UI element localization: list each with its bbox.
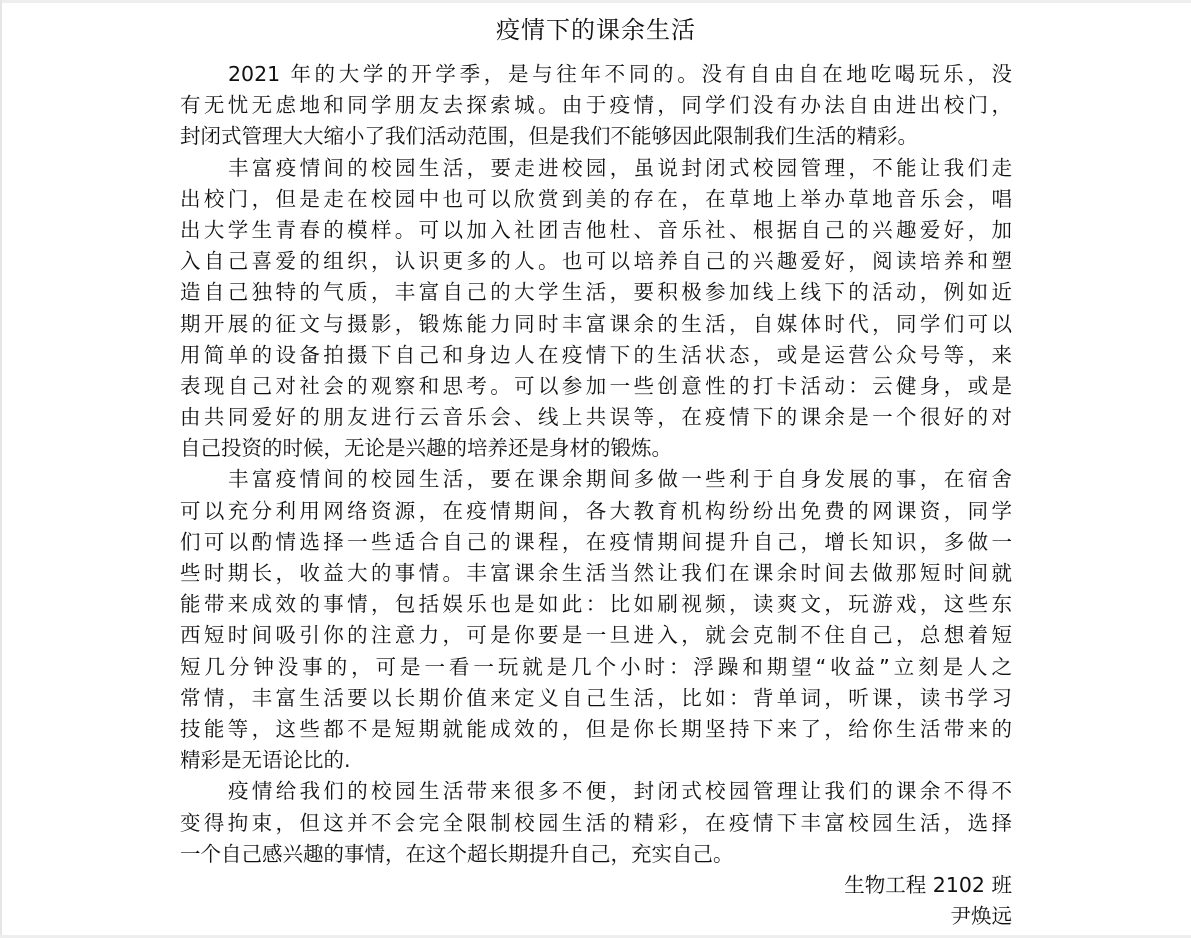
paragraph-1: 2021 年的大学的开学季，是与往年不同的。没有自由自在地吃喝玩乐，没 有无忧无… — [180, 59, 1012, 153]
paragraph-line: 丰富疫情间的校园生活，要走进校园，虽说封闭式校园管理，不能让我们走 — [180, 153, 1012, 184]
paragraph-line: 们可以酌情选择一些适合自己的课程，在疫情期间提升自己，增长知识，多做一 — [180, 527, 1012, 558]
document-title: 疫情下的课余生活 — [180, 12, 1012, 50]
document-page: 疫情下的课余生活 2021 年的大学的开学季，是与往年不同的。没有自由自在地吃喝… — [180, 12, 1012, 932]
signature-class: 生物工程 2102 班 — [180, 870, 1012, 901]
paragraph-line: 丰富疫情间的校园生活，要在课余期间多做一些利于自身发展的事，在宿舍 — [180, 464, 1012, 495]
paragraph-line: 变得拘束，但这并不会完全限制校园生活的精彩，在疫情下丰富校园生活，选择 — [180, 808, 1012, 839]
paragraph-line: 入自己喜爱的组织，认识更多的人。也可以培养自己的兴趣爱好，阅读培养和塑 — [180, 246, 1012, 277]
paragraph-line: 西短时间吸引你的注意力，可是你要是一旦进入，就会克制不住自己，总想着短 — [180, 620, 1012, 651]
paragraph-line: 有无忧无虑地和同学朋友去探索城。由于疫情，同学们没有办法自由进出校门， — [180, 90, 1012, 121]
paragraph-line: 自己投资的时候，无论是兴趣的培养还是身材的锻炼。 — [180, 433, 1012, 464]
paragraph-line: 可以充分利用网络资源，在疫情期间，各大教育机构纷纷出免费的网课资，同学 — [180, 496, 1012, 527]
page-left-edge — [0, 0, 2, 938]
paragraph-line: 一个自己感兴趣的事情，在这个超长期提升自己，充实自己。 — [180, 839, 1012, 870]
paragraph-line: 能带来成效的事情，包括娱乐也是如此：比如刷视频，读爽文，玩游戏，这些东 — [180, 589, 1012, 620]
paragraph-line: 造自己独特的气质，丰富自己的大学生活，要积极参加线上线下的活动，例如近 — [180, 277, 1012, 308]
paragraph-line: 出校门，但是走在校园中也可以欣赏到美的存在，在草地上举办草地音乐会，唱 — [180, 184, 1012, 215]
paragraph-line: 疫情给我们的校园生活带来很多不便，封闭式校园管理让我们的课余不得不 — [180, 776, 1012, 807]
paragraph-line: 出大学生青春的模样。可以加入社团吉他杜、音乐社、根据自己的兴趣爱好，加 — [180, 215, 1012, 246]
paragraph-line: 技能等，这些都不是短期就能成效的，但是你长期坚持下来了，给你生活带来的 — [180, 714, 1012, 745]
paragraph-line: 些时期长，收益大的事情。丰富课余生活当然让我们在课余时间去做那短时间就 — [180, 558, 1012, 589]
paragraph-line: 短几分钟没事的，可是一看一玩就是几个小时：浮躁和期望“收益”立刻是人之 — [180, 652, 1012, 683]
paragraph-line: 常情，丰富生活要以长期价值来定义自己生活，比如：背单词，听课，读书学习 — [180, 683, 1012, 714]
paragraph-3: 丰富疫情间的校园生活，要在课余期间多做一些利于自身发展的事，在宿舍 可以充分利用… — [180, 464, 1012, 776]
paragraph-line: 期开展的征文与摄影，锻炼能力同时丰富课余的生活，自媒体时代，同学们可以 — [180, 309, 1012, 340]
page-top-edge — [0, 0, 1191, 3]
paragraph-line: 用简单的设备拍摄下自己和身边人在疫情下的生活状态，或是运营公众号等，来 — [180, 340, 1012, 371]
paragraph-line: 2021 年的大学的开学季，是与往年不同的。没有自由自在地吃喝玩乐，没 — [180, 59, 1012, 90]
paragraph-line: 表现自己对社会的观察和思考。可以参加一些创意性的打卡活动：云健身，或是 — [180, 371, 1012, 402]
paragraph-line: 由共同爱好的朋友进行云音乐会、线上共误等，在疫情下的课余是一个很好的对 — [180, 402, 1012, 433]
paragraph-2: 丰富疫情间的校园生活，要走进校园，虽说封闭式校园管理，不能让我们走 出校门，但是… — [180, 153, 1012, 465]
paragraph-4: 疫情给我们的校园生活带来很多不便，封闭式校园管理让我们的课余不得不 变得拘束，但… — [180, 776, 1012, 870]
paragraph-line: 封闭式管理大大缩小了我们活动范围，但是我们不能够因此限制我们生活的精彩。 — [180, 121, 1012, 152]
signature-author: 尹焕远 — [180, 901, 1012, 932]
paragraph-line: 精彩是无语论比的. — [180, 745, 1012, 776]
